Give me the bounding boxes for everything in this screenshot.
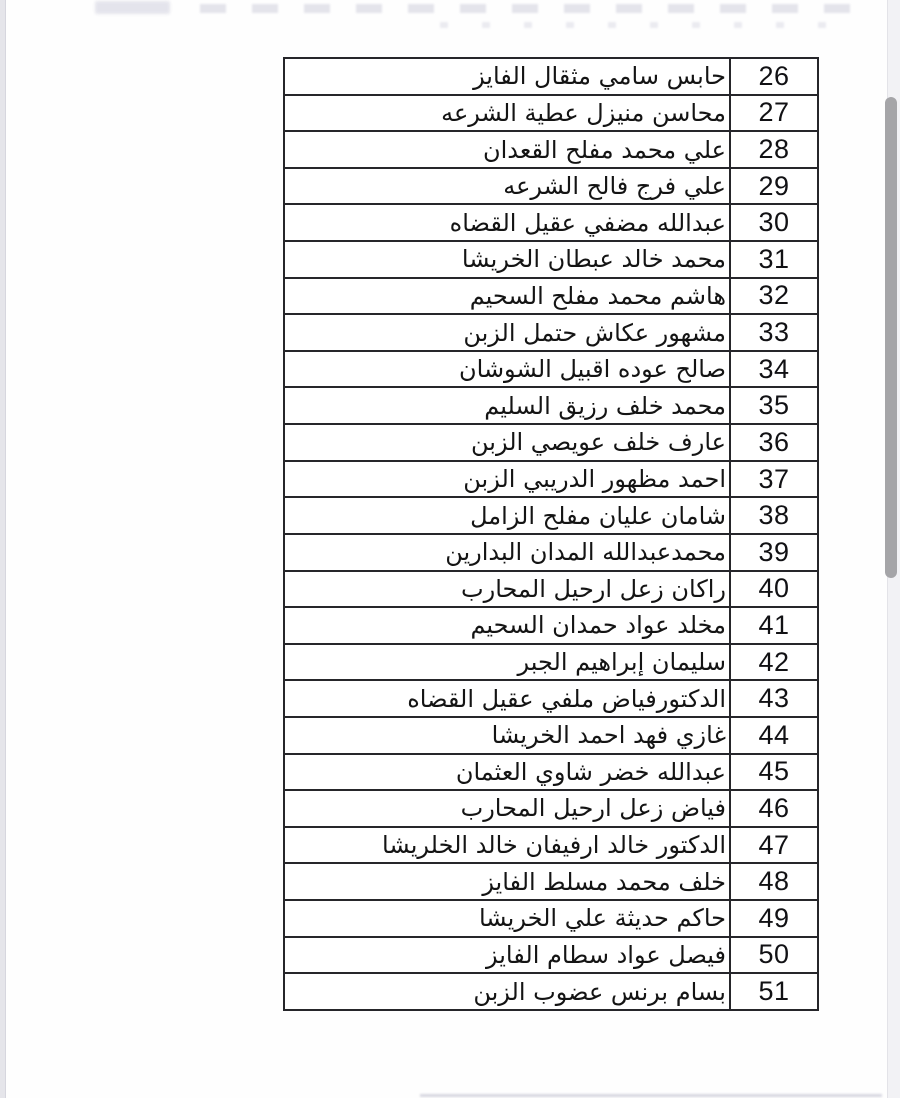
name-cell: مشهور عكاش حتمل الزبن xyxy=(285,315,729,350)
name-cell: عارف خلف عويصي الزبن xyxy=(285,425,729,460)
scrollbar-thumb[interactable] xyxy=(885,97,897,578)
table-row: غازي فهد احمد الخريشا 44 xyxy=(285,718,817,755)
scan-artifact-top-dots xyxy=(440,22,860,28)
name-cell: بسام برنس عضوب الزبن xyxy=(285,974,729,1009)
number-cell: 39 xyxy=(729,535,817,570)
name-cell: حاكم حديثة علي الخريشا xyxy=(285,901,729,936)
name-cell: صالح عوده اقبيل الشوشان xyxy=(285,352,729,387)
table-row: فيصل عواد سطام الفايز 50 xyxy=(285,938,817,975)
number-cell: 49 xyxy=(729,901,817,936)
number-cell: 46 xyxy=(729,791,817,826)
number-cell: 42 xyxy=(729,645,817,680)
table-row: محاسن منيزل عطية الشرعه 27 xyxy=(285,96,817,133)
number-cell: 33 xyxy=(729,315,817,350)
name-cell: محاسن منيزل عطية الشرعه xyxy=(285,96,729,131)
name-cell: محمدعبدالله المدان البدارين xyxy=(285,535,729,570)
number-cell: 27 xyxy=(729,96,817,131)
name-cell: فيصل عواد سطام الفايز xyxy=(285,938,729,973)
number-cell: 36 xyxy=(729,425,817,460)
table-row: حابس سامي مثقال الفايز 26 xyxy=(285,59,817,96)
table-row: شامان عليان مفلح الزامل 38 xyxy=(285,498,817,535)
number-cell: 29 xyxy=(729,169,817,204)
number-cell: 43 xyxy=(729,681,817,716)
table-row: احمد مظهور الدريبي الزبن 37 xyxy=(285,462,817,499)
name-cell: راكان زعل ارحيل المحارب xyxy=(285,572,729,607)
number-cell: 51 xyxy=(729,974,817,1009)
name-cell: الدكتورفياض ملفي عقيل القضاه xyxy=(285,681,729,716)
name-cell: غازي فهد احمد الخريشا xyxy=(285,718,729,753)
number-cell: 28 xyxy=(729,132,817,167)
number-cell: 44 xyxy=(729,718,817,753)
document-page: حابس سامي مثقال الفايز 26 محاسن منيزل عط… xyxy=(0,0,900,1098)
table-row: علي فرج فالح الشرعه 29 xyxy=(285,169,817,206)
number-cell: 38 xyxy=(729,498,817,533)
table-row: مشهور عكاش حتمل الزبن 33 xyxy=(285,315,817,352)
table-row: محمد خالد عبطان الخريشا 31 xyxy=(285,242,817,279)
number-cell: 41 xyxy=(729,608,817,643)
name-cell: عبدالله خضر شاوي العثمان xyxy=(285,755,729,790)
table-row: الدكتورفياض ملفي عقيل القضاه 43 xyxy=(285,681,817,718)
table-row: فياض زعل ارحيل المحارب 46 xyxy=(285,791,817,828)
name-cell: احمد مظهور الدريبي الزبن xyxy=(285,462,729,497)
page-left-edge xyxy=(0,0,6,1098)
number-cell: 32 xyxy=(729,279,817,314)
table-row: محمد خلف رزيق السليم 35 xyxy=(285,388,817,425)
table-row: الدكتور خالد ارفيفان خالد الخلريشا 47 xyxy=(285,828,817,865)
table-row: عبدالله مضفي عقيل القضاه 30 xyxy=(285,205,817,242)
number-cell: 37 xyxy=(729,462,817,497)
table-row: محمدعبدالله المدان البدارين 39 xyxy=(285,535,817,572)
name-cell: محمد خلف رزيق السليم xyxy=(285,388,729,423)
number-cell: 26 xyxy=(729,59,817,94)
table-row: عبدالله خضر شاوي العثمان 45 xyxy=(285,755,817,792)
number-cell: 40 xyxy=(729,572,817,607)
number-cell: 35 xyxy=(729,388,817,423)
names-table: حابس سامي مثقال الفايز 26 محاسن منيزل عط… xyxy=(283,57,819,1011)
number-cell: 45 xyxy=(729,755,817,790)
number-cell: 31 xyxy=(729,242,817,277)
table-row: مخلد عواد حمدان السحيم 41 xyxy=(285,608,817,645)
table-row: حاكم حديثة علي الخريشا 49 xyxy=(285,901,817,938)
name-cell: عبدالله مضفي عقيل القضاه xyxy=(285,205,729,240)
table-row: بسام برنس عضوب الزبن 51 xyxy=(285,974,817,1009)
table-row: خلف محمد مسلط الفايز 48 xyxy=(285,864,817,901)
name-cell: محمد خالد عبطان الخريشا xyxy=(285,242,729,277)
table-row: صالح عوده اقبيل الشوشان 34 xyxy=(285,352,817,389)
name-cell: علي محمد مفلح القعدان xyxy=(285,132,729,167)
name-cell: سليمان إبراهيم الجبر xyxy=(285,645,729,680)
name-cell: علي فرج فالح الشرعه xyxy=(285,169,729,204)
table-row: علي محمد مفلح القعدان 28 xyxy=(285,132,817,169)
table-row: عارف خلف عويصي الزبن 36 xyxy=(285,425,817,462)
name-cell: هاشم محمد مفلح السحيم xyxy=(285,279,729,314)
scan-artifact-bottom-line xyxy=(420,1094,882,1097)
name-cell: الدكتور خالد ارفيفان خالد الخلريشا xyxy=(285,828,729,863)
name-cell: شامان عليان مفلح الزامل xyxy=(285,498,729,533)
number-cell: 48 xyxy=(729,864,817,899)
name-cell: فياض زعل ارحيل المحارب xyxy=(285,791,729,826)
scan-artifact-top-dashes xyxy=(200,4,872,13)
table-row: راكان زعل ارحيل المحارب 40 xyxy=(285,572,817,609)
number-cell: 34 xyxy=(729,352,817,387)
number-cell: 50 xyxy=(729,938,817,973)
scan-artifact-blob xyxy=(95,1,170,14)
name-cell: حابس سامي مثقال الفايز xyxy=(285,59,729,94)
table-row: سليمان إبراهيم الجبر 42 xyxy=(285,645,817,682)
name-cell: مخلد عواد حمدان السحيم xyxy=(285,608,729,643)
number-cell: 47 xyxy=(729,828,817,863)
number-cell: 30 xyxy=(729,205,817,240)
name-cell: خلف محمد مسلط الفايز xyxy=(285,864,729,899)
table-row: هاشم محمد مفلح السحيم 32 xyxy=(285,279,817,316)
